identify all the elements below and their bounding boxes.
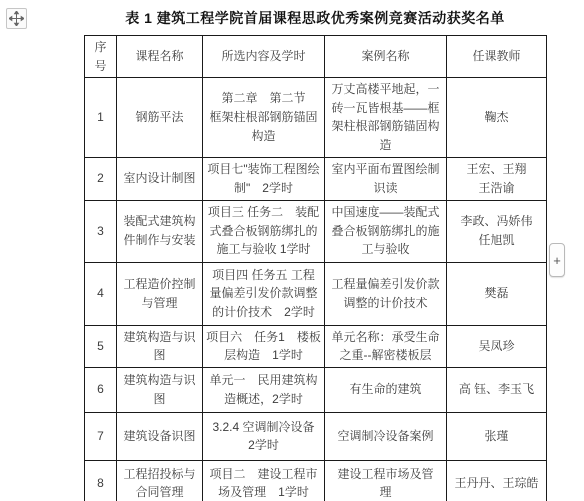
header-serial-number: 序号 [85, 36, 117, 78]
table-row: 3 装配式建筑构 件制作与安装 项目三 任务二 装配 式叠合板钢筋绑扎的 施工与… [85, 200, 547, 262]
cell-teacher: 鞠杰 [447, 78, 547, 157]
header-course-name: 课程名称 [117, 36, 203, 78]
table-move-handle[interactable] [6, 8, 27, 29]
cell-serial-number: 2 [85, 157, 117, 200]
cell-course-name: 建筑构造与识 图 [117, 367, 203, 412]
cell-teacher: 李政、冯娇伟 任旭凯 [447, 200, 547, 262]
awards-table: 序号 课程名称 所选内容及学时 案例名称 任课教师 1 钢筋平法 第二章 第二节… [84, 35, 547, 501]
cell-content-hours: 单元一 民用建筑构 造概述，2学时 [203, 367, 325, 412]
cell-content-hours: 项目四 任务五 工程 量偏差引发价款调整 的计价技术 2学时 [203, 262, 325, 325]
header-content-hours: 所选内容及学时 [203, 36, 325, 78]
cell-serial-number: 6 [85, 367, 117, 412]
cell-teacher: 张瑾 [447, 412, 547, 460]
cell-course-name: 建筑设备识图 [117, 412, 203, 460]
cell-serial-number: 8 [85, 460, 117, 501]
cell-course-name: 工程招投标与 合同管理 [117, 460, 203, 501]
cell-serial-number: 5 [85, 325, 117, 367]
cell-content-hours: 项目二 建设工程市 场及管理 1学时 [203, 460, 325, 501]
cell-case-name: 室内平面布置图绘制 识读 [325, 157, 447, 200]
header-case-name: 案例名称 [325, 36, 447, 78]
table-row: 7 建筑设备识图 3.2.4 空调制冷设备 2学时 空调制冷设备案例 张瑾 [85, 412, 547, 460]
cell-content-hours: 项目三 任务二 装配 式叠合板钢筋绑扎的 施工与验收 1学时 [203, 200, 325, 262]
cell-teacher: 吴凤珍 [447, 325, 547, 367]
cell-case-name: 有生命的建筑 [325, 367, 447, 412]
cell-teacher: 王丹丹、王琮皓 [447, 460, 547, 501]
cell-teacher: 樊磊 [447, 262, 547, 325]
cell-course-name: 建筑构造与识 图 [117, 325, 203, 367]
cell-case-name: 单元名称：承受生命 之重--解密楼板层 [325, 325, 447, 367]
cell-case-name: 万丈高楼平地起，一 砖一瓦皆根基——框 架柱根部钢筋锚固构 造 [325, 78, 447, 157]
awards-table-container: 序号 课程名称 所选内容及学时 案例名称 任课教师 1 钢筋平法 第二章 第二节… [84, 35, 546, 501]
cell-content-hours: 项目七"装饰工程图绘 制" 2学时 [203, 157, 325, 200]
table-row: 8 工程招投标与 合同管理 项目二 建设工程市 场及管理 1学时 建设工程市场及… [85, 460, 547, 501]
table-row: 1 钢筋平法 第二章 第二节 框架柱根部钢筋锚固 构造 万丈高楼平地起，一 砖一… [85, 78, 547, 157]
insert-row-button[interactable]: + [549, 243, 565, 277]
cell-course-name: 室内设计制图 [117, 157, 203, 200]
cell-serial-number: 1 [85, 78, 117, 157]
cell-serial-number: 7 [85, 412, 117, 460]
header-row: 序号 课程名称 所选内容及学时 案例名称 任课教师 [85, 36, 547, 78]
cell-content-hours: 第二章 第二节 框架柱根部钢筋锚固 构造 [203, 78, 325, 157]
cell-serial-number: 3 [85, 200, 117, 262]
move-crosshair-icon [9, 11, 24, 26]
table-row: 6 建筑构造与识 图 单元一 民用建筑构 造概述，2学时 有生命的建筑 高 钰、… [85, 367, 547, 412]
table-row: 4 工程造价控制 与管理 项目四 任务五 工程 量偏差引发价款调整 的计价技术 … [85, 262, 547, 325]
cell-content-hours: 项目六 任务1 楼板 层构造 1学时 [203, 325, 325, 367]
cell-course-name: 钢筋平法 [117, 78, 203, 157]
table-row: 5 建筑构造与识 图 项目六 任务1 楼板 层构造 1学时 单元名称：承受生命 … [85, 325, 547, 367]
table-caption: 表 1 建筑工程学院首届课程思政优秀案例竞赛活动获奖名单 [84, 8, 546, 28]
cell-course-name: 工程造价控制 与管理 [117, 262, 203, 325]
cell-serial-number: 4 [85, 262, 117, 325]
cell-course-name: 装配式建筑构 件制作与安装 [117, 200, 203, 262]
header-teacher: 任课教师 [447, 36, 547, 78]
cell-teacher: 高 钰、李玉飞 [447, 367, 547, 412]
cell-teacher: 王宏、王翔 王浩谕 [447, 157, 547, 200]
cell-case-name: 中国速度——装配式 叠合板钢筋绑扎的施 工与验收 [325, 200, 447, 262]
cell-content-hours: 3.2.4 空调制冷设备 2学时 [203, 412, 325, 460]
cell-case-name: 建设工程市场及管 理 [325, 460, 447, 501]
cell-case-name: 工程量偏差引发价款 调整的计价技术 [325, 262, 447, 325]
cell-case-name: 空调制冷设备案例 [325, 412, 447, 460]
table-row: 2 室内设计制图 项目七"装饰工程图绘 制" 2学时 室内平面布置图绘制 识读 … [85, 157, 547, 200]
